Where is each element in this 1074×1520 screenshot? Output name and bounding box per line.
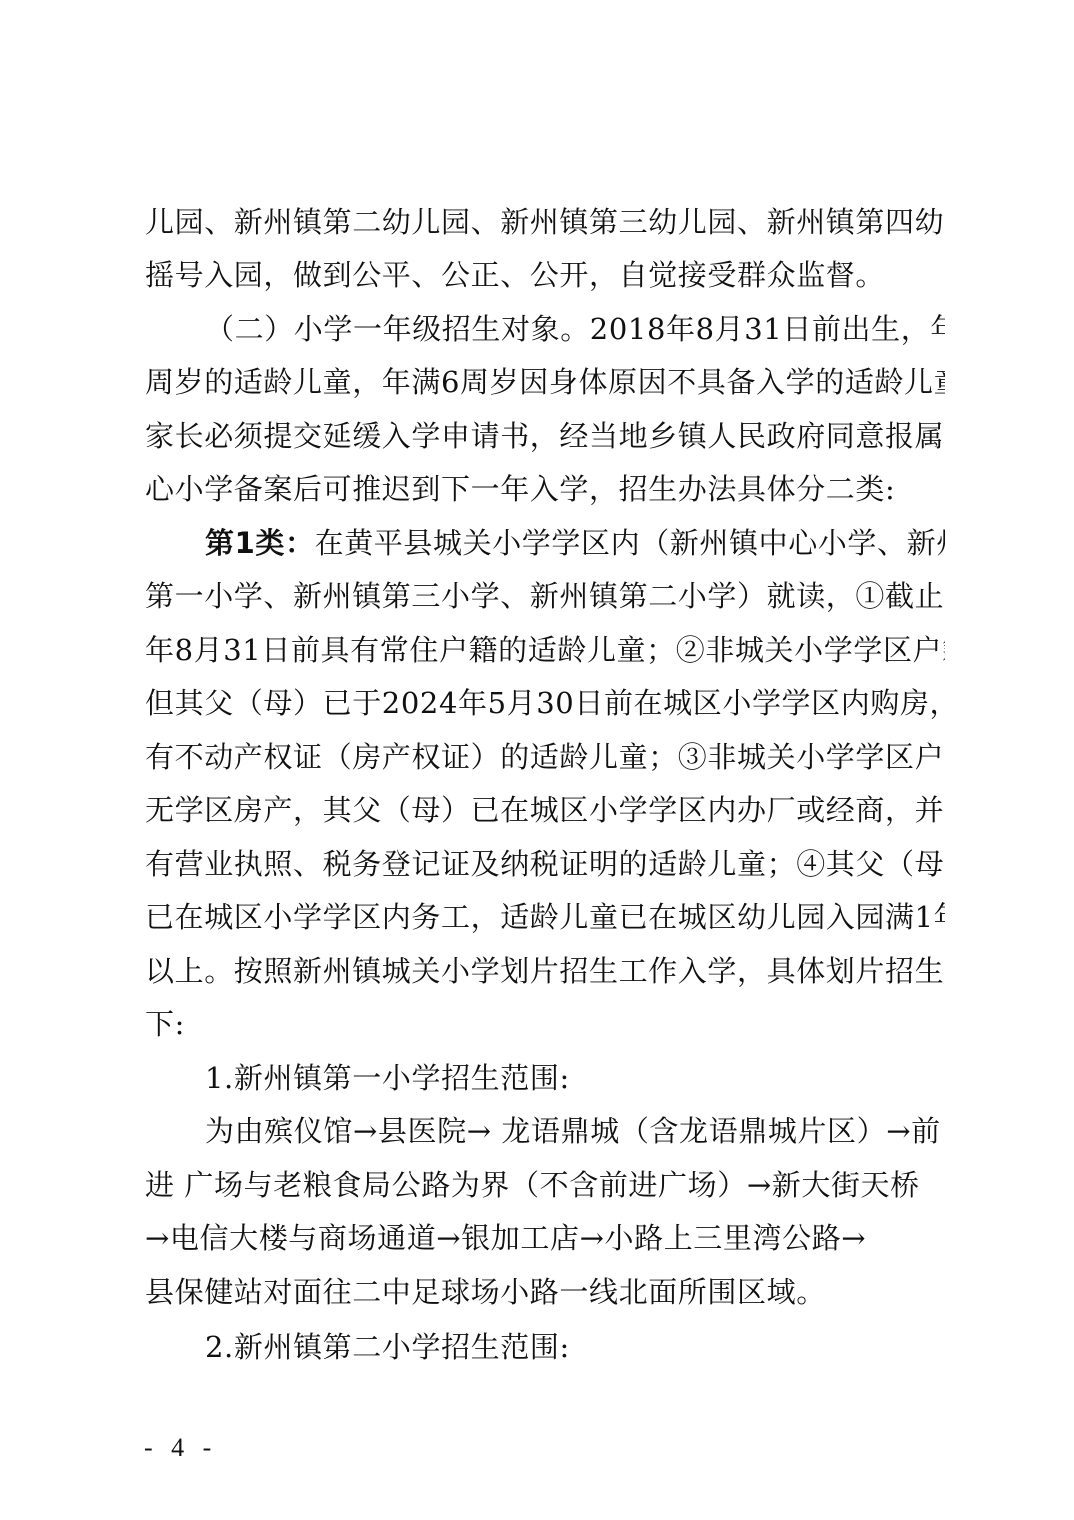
- paragraph-line: 有不动产权证（房产权证）的适龄儿童；③非城关小学学区户籍又: [145, 730, 945, 784]
- category-line: 第1类：在黄平县城关小学学区内（新州镇中心小学、新州镇: [205, 516, 945, 570]
- page-number: - 4 -: [144, 1433, 217, 1463]
- paragraph-line: 周岁的适龄儿童，年满6周岁因身体原因不具备入学的适龄儿童，: [145, 355, 945, 409]
- paragraph-line: 下:: [145, 997, 945, 1051]
- paragraph-line: 无学区房产，其父（母）已在城区小学学区内办厂或经商，并持: [145, 783, 945, 837]
- document-page: 儿园、新州镇第二幼儿园、新州镇第三幼儿园、新州镇第四幼儿园实施 摇号入园，做到公…: [0, 0, 1074, 1520]
- subsection-heading: 1.新州镇第一小学招生范围:: [205, 1051, 945, 1105]
- paragraph-line: 已在城区小学学区内务工，适龄儿童已在城区幼儿园入园满1年: [145, 890, 945, 944]
- paragraph-line: 第一小学、新州镇第三小学、新州镇第二小学）就读，①截止2024: [145, 569, 945, 623]
- paragraph-line: 为由殡仪馆→县医院→ 龙语鼎城（含龙语鼎城片区）→前: [205, 1104, 945, 1158]
- paragraph-line: 以上。按照新州镇城关小学划片招生工作入学，具体划片招生如: [145, 944, 945, 998]
- category-label: 第1类：: [205, 526, 315, 560]
- paragraph-line: 儿园、新州镇第二幼儿园、新州镇第三幼儿园、新州镇第四幼儿园实施: [145, 195, 945, 249]
- paragraph-line: 但其父（母）已于2024年5月30日前在城区小学学区内购房，并持: [145, 676, 945, 730]
- paragraph-line: 心小学备案后可推迟到下一年入学，招生办法具体分二类:: [145, 462, 945, 516]
- paragraph-line: 家长必须提交延缓入学申请书，经当地乡镇人民政府同意报属地中: [145, 409, 945, 463]
- subsection-heading: 2.新州镇第二小学招生范围:: [205, 1320, 945, 1374]
- category-text: 在黄平县城关小学学区内（新州镇中心小学、新州镇: [315, 526, 945, 560]
- paragraph-line: 有营业执照、税务登记证及纳税证明的适龄儿童；④其父（母）: [145, 837, 945, 891]
- paragraph-line: 进 广场与老粮食局公路为界（不含前进广场）→新大街天桥: [145, 1158, 945, 1212]
- paragraph-line: 摇号入园，做到公平、公正、公开，自觉接受群众监督。: [145, 248, 945, 302]
- section-heading-line: （二）小学一年级招生对象。2018年8月31日前出生，年满6: [205, 302, 945, 356]
- paragraph-line: →电信大楼与商场通道→银加工店→小路上三里湾公路→: [145, 1211, 945, 1265]
- paragraph-line: 年8月31日前具有常住户籍的适龄儿童；②非城关小学学区户籍，: [145, 623, 945, 677]
- paragraph-line: 县保健站对面往二中足球场小路一线北面所围区域。: [145, 1265, 945, 1319]
